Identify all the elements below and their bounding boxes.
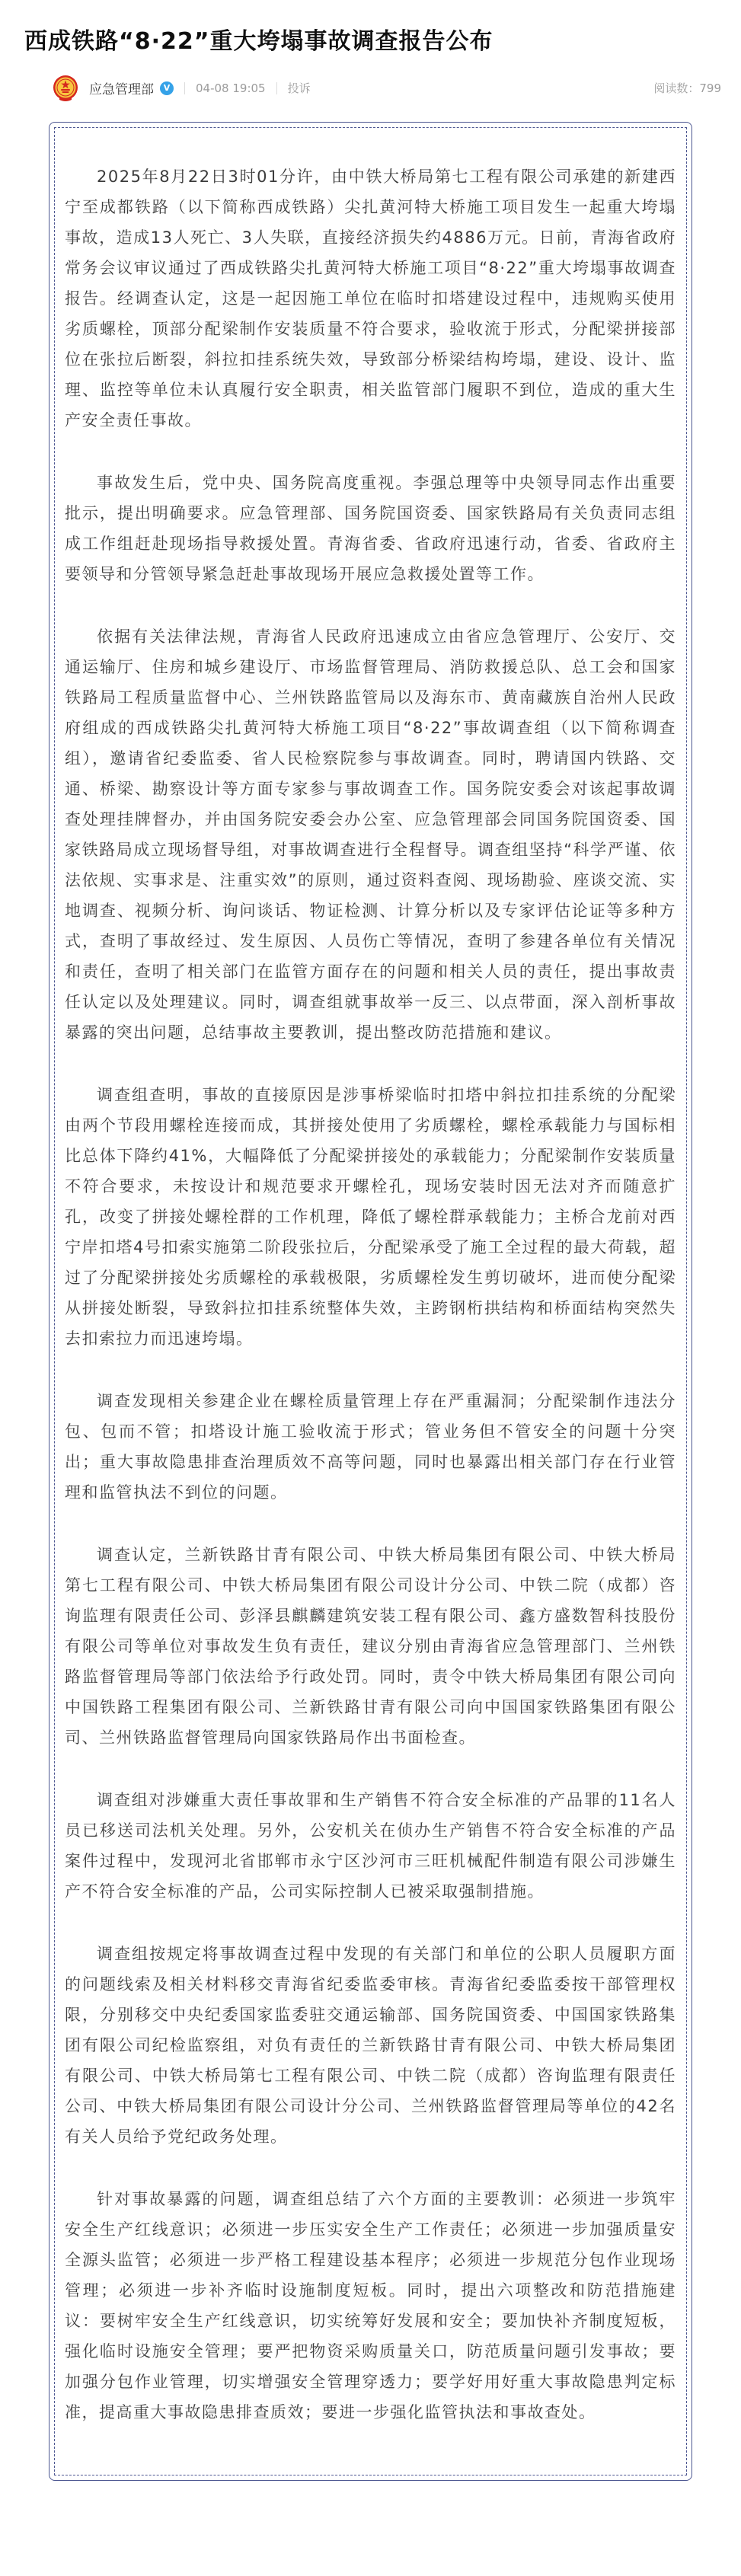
- read-count-value: 799: [699, 81, 721, 95]
- article-paragraph: 调查组对涉嫌重大责任事故罪和生产销售不符合安全标准的产品罪的11名人员已移送司法…: [65, 1785, 676, 1907]
- article-body: 2025年8月22日3时01分许，由中铁大桥局第七工程有限公司承建的新建西宁至成…: [54, 127, 687, 2475]
- article-paragraph: 调查认定，兰新铁路甘青有限公司、中铁大桥局集团有限公司、中铁大桥局第七工程有限公…: [65, 1540, 676, 1753]
- article-paragraph: 调查组查明，事故的直接原因是涉事桥梁临时扣塔中斜拉扣挂系统的分配梁由两个节段用螺…: [65, 1080, 676, 1354]
- author-avatar[interactable]: [52, 75, 79, 102]
- post-header: 应急管理部 V 04-08 19:05 投诉 阅读数：799: [52, 73, 721, 104]
- article-paragraph: 调查组按规定将事故调查过程中发现的有关部门和单位的公职人员履职方面的问题线索及相…: [65, 1939, 676, 2152]
- author-name[interactable]: 应急管理部: [89, 78, 154, 97]
- divider: [276, 82, 277, 94]
- verified-badge-icon: V: [160, 81, 174, 95]
- national-emblem-icon: [52, 91, 79, 102]
- article-paragraph: 调查发现相关参建企业在螺栓质量管理上存在严重漏洞；分配梁制作违法分包、包而不管；…: [65, 1386, 676, 1508]
- read-count-label: 阅读数：: [653, 81, 699, 95]
- article-paragraph: 针对事故暴露的问题，调查组总结了六个方面的主要教训：必须进一步筑牢安全生产红线意…: [65, 2184, 676, 2428]
- divider: [184, 82, 185, 94]
- article-paragraph: 2025年8月22日3时01分许，由中铁大桥局第七工程有限公司承建的新建西宁至成…: [65, 161, 676, 436]
- report-complaint-link[interactable]: 投诉: [288, 80, 311, 96]
- article-card: 2025年8月22日3时01分许，由中铁大桥局第七工程有限公司承建的新建西宁至成…: [49, 122, 692, 2481]
- page-title: 西成铁路“8·22”重大垮塌事故调查报告公布: [24, 27, 718, 56]
- post-timestamp: 04-08 19:05: [196, 81, 266, 95]
- article-paragraph: 事故发生后，党中央、国务院高度重视。李强总理等中央领导同志作出重要批示，提出明确…: [65, 468, 676, 589]
- read-count: 阅读数：799: [653, 80, 721, 96]
- article-paragraph: 依据有关法律法规，青海省人民政府迅速成立由省应急管理厅、公安厅、交通运输厅、住房…: [65, 621, 676, 1048]
